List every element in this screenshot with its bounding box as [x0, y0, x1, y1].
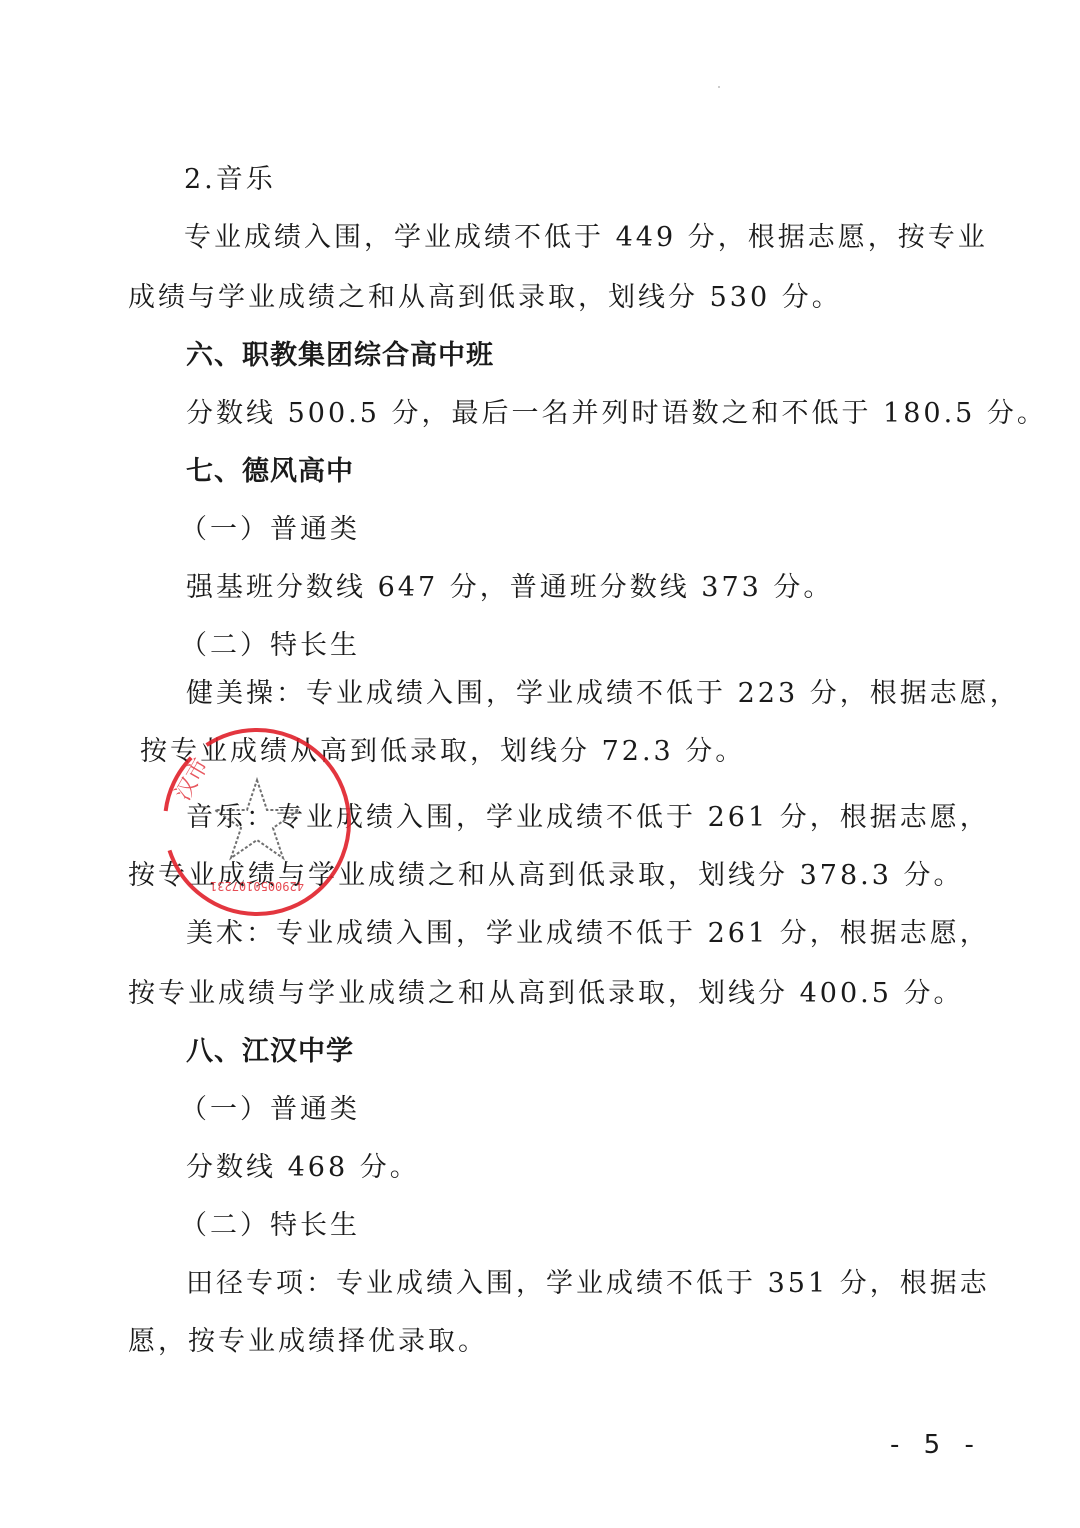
music7-line-1: 音乐：专业成绩入围，学业成绩不低于 261 分，根据志愿， [186, 800, 990, 836]
page-number: - 5 - [890, 1430, 982, 1460]
section-7-specialty-heading: （二）特长生 [180, 628, 360, 664]
section-8-general-heading: （一）普通类 [180, 1092, 360, 1128]
section-8-heading: 八、江汉中学 [186, 1034, 354, 1070]
aerobics-line-2: 按专业成绩从高到低录取，划线分 72.3 分。 [140, 734, 745, 770]
section-6-heading: 六、职教集团综合高中班 [186, 338, 494, 374]
music-paragraph-line-1: 专业成绩入围，学业成绩不低于 449 分，根据志愿，按专业 [184, 220, 988, 256]
art-line-2: 按专业成绩与学业成绩之和从高到低录取，划线分 400.5 分。 [128, 976, 963, 1012]
section-7-general-heading: （一）普通类 [180, 512, 360, 548]
music-paragraph-line-2: 成绩与学业成绩之和从高到低录取，划线分 530 分。 [128, 280, 842, 316]
section-6-paragraph: 分数线 500.5 分，最后一名并列时语数之和不低于 180.5 分。 [186, 396, 1047, 432]
art-line-1: 美术：专业成绩入围，学业成绩不低于 261 分，根据志愿， [186, 916, 990, 952]
scan-artifact [718, 86, 720, 88]
document-page: 2.音乐 专业成绩入围，学业成绩不低于 449 分，根据志愿，按专业 成绩与学业… [0, 0, 1080, 1528]
section-7-general-paragraph: 强基班分数线 647 分，普通班分数线 373 分。 [186, 570, 833, 606]
aerobics-line-1: 健美操：专业成绩入围，学业成绩不低于 223 分，根据志愿， [186, 676, 1020, 712]
music-heading: 2.音乐 [184, 162, 276, 198]
section-7-heading: 七、德风高中 [186, 454, 354, 490]
track-line-2: 愿，按专业成绩择优录取。 [128, 1324, 488, 1360]
section-8-general-paragraph: 分数线 468 分。 [186, 1150, 420, 1186]
music7-line-2: 按专业成绩与学业成绩之和从高到低录取，划线分 378.3 分。 [128, 858, 963, 894]
section-8-specialty-heading: （二）特长生 [180, 1208, 360, 1244]
track-line-1: 田径专项：专业成绩入围，学业成绩不低于 351 分，根据志 [186, 1266, 990, 1302]
